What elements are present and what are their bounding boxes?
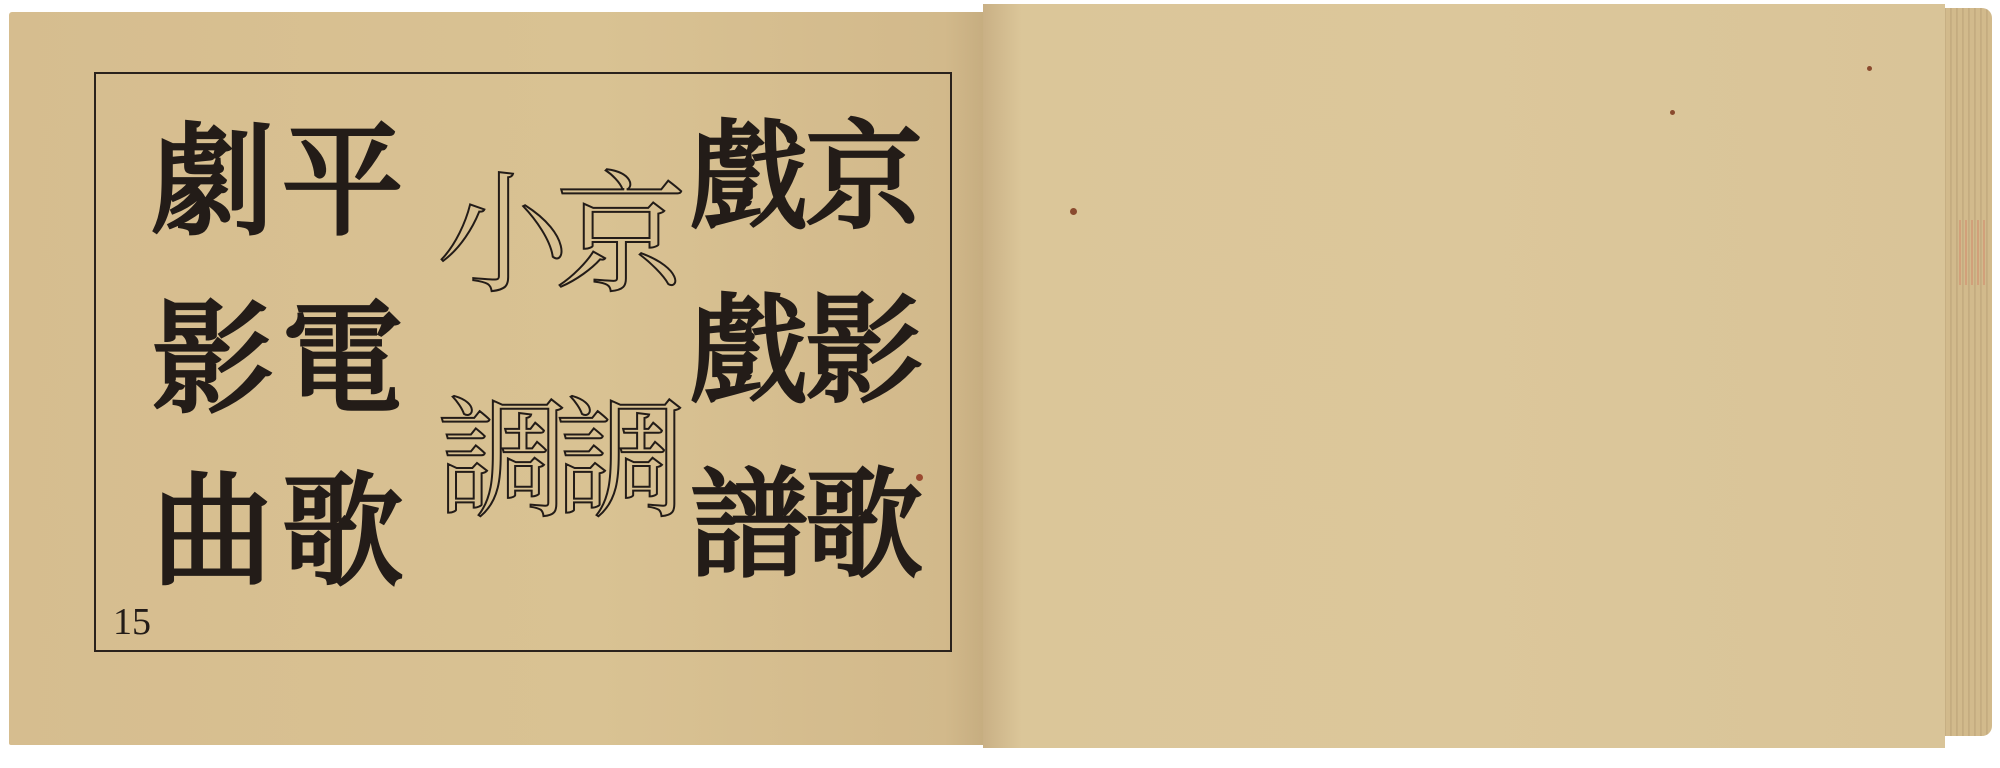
- title-char: 歌: [805, 466, 920, 584]
- paper-stain: [1867, 66, 1872, 71]
- title-char: 影: [805, 292, 920, 410]
- title-char-brush: 電: [280, 298, 405, 420]
- title-char-outline: 調: [437, 395, 547, 527]
- page-edge-red-marks: [1955, 220, 1985, 285]
- title-char-brush: 劇: [150, 120, 275, 242]
- title-char-outline: 小: [437, 170, 547, 302]
- page-number: 15: [113, 600, 151, 644]
- title-char: 戲: [690, 118, 800, 236]
- title-char: 戲: [690, 292, 800, 410]
- title-char-brush: 影: [150, 298, 275, 420]
- paper-stain: [1670, 110, 1675, 115]
- right-page: [983, 4, 1945, 748]
- title-char: 譜: [690, 466, 800, 584]
- title-char-brush: 曲: [150, 470, 275, 592]
- book-spread: 京 影 歌 戲 戲 譜 京 調 小 調 平 電 歌 劇 影 曲 15: [0, 0, 2000, 768]
- page-edge-stack: [1940, 8, 1992, 736]
- title-char: 京: [805, 118, 920, 236]
- title-char-outline: 京: [555, 170, 665, 302]
- title-char-brush: 平: [280, 120, 405, 242]
- title-char-brush: 歌: [280, 470, 405, 592]
- title-char-outline: 調: [555, 395, 665, 527]
- paper-stain: [1070, 208, 1077, 215]
